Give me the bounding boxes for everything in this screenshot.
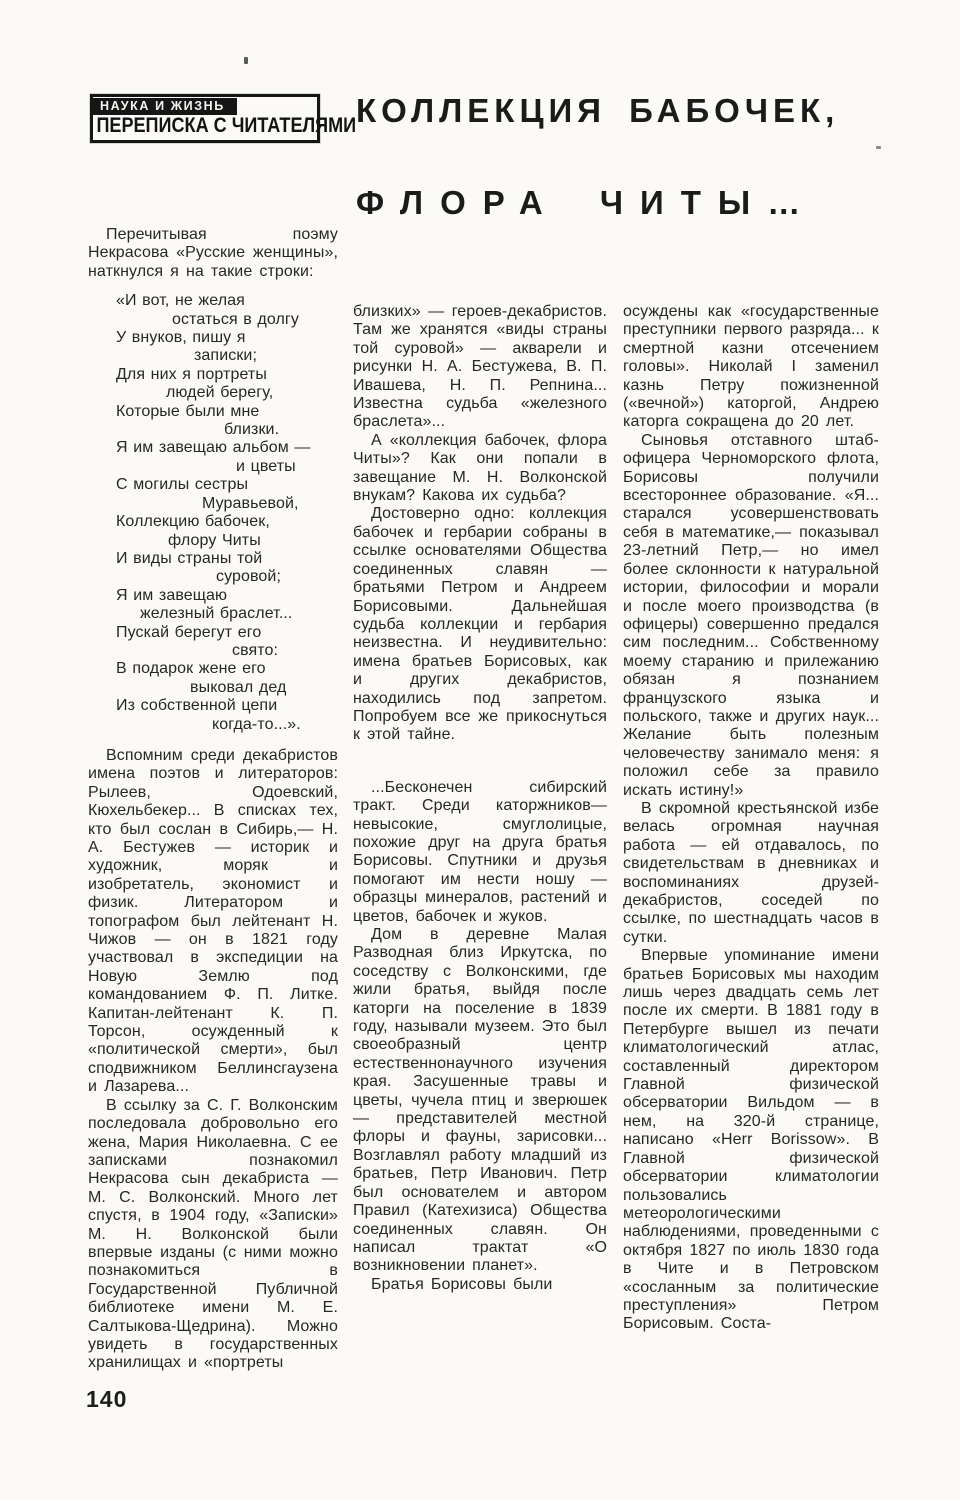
paragraph: Вспомним среди декабристов имена поэтов …	[88, 747, 338, 1097]
poem-block: «И вот, не желаяостаться в долгуУ внуков…	[88, 292, 338, 734]
poem-line: выковал дед	[88, 679, 338, 697]
magazine-name: НАУКА И ЖИЗНЬ	[93, 98, 237, 115]
column2-paragraphs: близких» — героев-декабристов. Там же хр…	[353, 303, 607, 1294]
paragraph: А «коллекция бабочек, флора Читы»? Как о…	[353, 432, 607, 506]
poem-line: людей берегу,	[88, 384, 338, 402]
paragraph: В скромной крестьянской избе велась огро…	[623, 800, 879, 947]
poem-line: И виды страны той	[88, 550, 338, 568]
intro-paragraph: Перечитывая поэму Некрасова «Русские жен…	[88, 226, 338, 281]
magazine-page: { "colors": { "paper": "#fbfaf6", "ink":…	[0, 0, 960, 1500]
poem-line: Для них я портреты	[88, 366, 338, 384]
poem-line: свято:	[88, 642, 338, 660]
poem-line: С могилы сестры	[88, 476, 338, 494]
section-name: ПЕРЕПИСКА С ЧИТАТЕЛЯМИ	[93, 115, 286, 140]
poem-line: У внуков, пишу я	[88, 329, 338, 347]
article-title-line2: ФЛОРА ЧИТЫ…	[356, 184, 817, 222]
poem-line: Пускай берегут его	[88, 624, 338, 642]
poem-line: остаться в долгу	[88, 311, 338, 329]
poem-line: В подарок жене его	[88, 660, 338, 678]
paragraph: В ссылку за С. Г. Волконским последовала…	[88, 1097, 338, 1373]
masthead-badge: НАУКА И ЖИЗНЬ ПЕРЕПИСКА С ЧИТАТЕЛЯМИ	[90, 94, 320, 143]
paragraph: Достоверно одно: коллекция бабочек и гер…	[353, 505, 607, 744]
poem-line: Я им завещаю	[88, 587, 338, 605]
poem-line: железный браслет...	[88, 605, 338, 623]
column3-paragraphs: осуждены как «государственные преступник…	[623, 303, 879, 1334]
text-column-1: Перечитывая поэму Некрасова «Русские жен…	[88, 226, 338, 1373]
column1-paragraphs: Вспомним среди декабристов имена поэтов …	[88, 747, 338, 1373]
paragraph: Братья Борисовы были	[353, 1276, 607, 1294]
paragraph: осуждены как «государственные преступник…	[623, 303, 879, 432]
poem-line: «И вот, не желая	[88, 292, 338, 310]
poem-line: когда-то...».	[88, 716, 338, 734]
scan-speck	[244, 57, 248, 64]
poem-line: суровой;	[88, 568, 338, 586]
text-column-2: близких» — героев-декабристов. Там же хр…	[353, 303, 607, 1294]
poem-line: Я им завещаю альбом —	[88, 439, 338, 457]
text-column-3: осуждены как «государственные преступник…	[623, 303, 879, 1334]
paragraph: Дом в деревне Малая Разводная близ Иркут…	[353, 926, 607, 1276]
article-title-line1: КОЛЛЕКЦИЯ БАБОЧЕК,	[356, 92, 839, 130]
poem-line: близки.	[88, 421, 338, 439]
scan-speck	[876, 146, 881, 149]
page-number: 140	[86, 1386, 127, 1413]
paragraph: ...Бесконечен сибирский тракт. Среди кат…	[353, 779, 607, 926]
poem-line: записки;	[88, 347, 338, 365]
poem-line: Муравьевой,	[88, 495, 338, 513]
paragraph: Впервые упоминание имени братьев Борисов…	[623, 947, 879, 1334]
poem-line: Которые были мне	[88, 403, 338, 421]
poem-line: флору Читы	[88, 532, 338, 550]
poem-line: Коллекцию бабочек,	[88, 513, 338, 531]
paragraph: Сыновья отставного штаб-офицера Черномор…	[623, 432, 879, 800]
paragraph: близких» — героев-декабристов. Там же хр…	[353, 303, 607, 432]
poem-line: Из собственной цепи	[88, 697, 338, 715]
poem-line: и цветы	[88, 458, 338, 476]
